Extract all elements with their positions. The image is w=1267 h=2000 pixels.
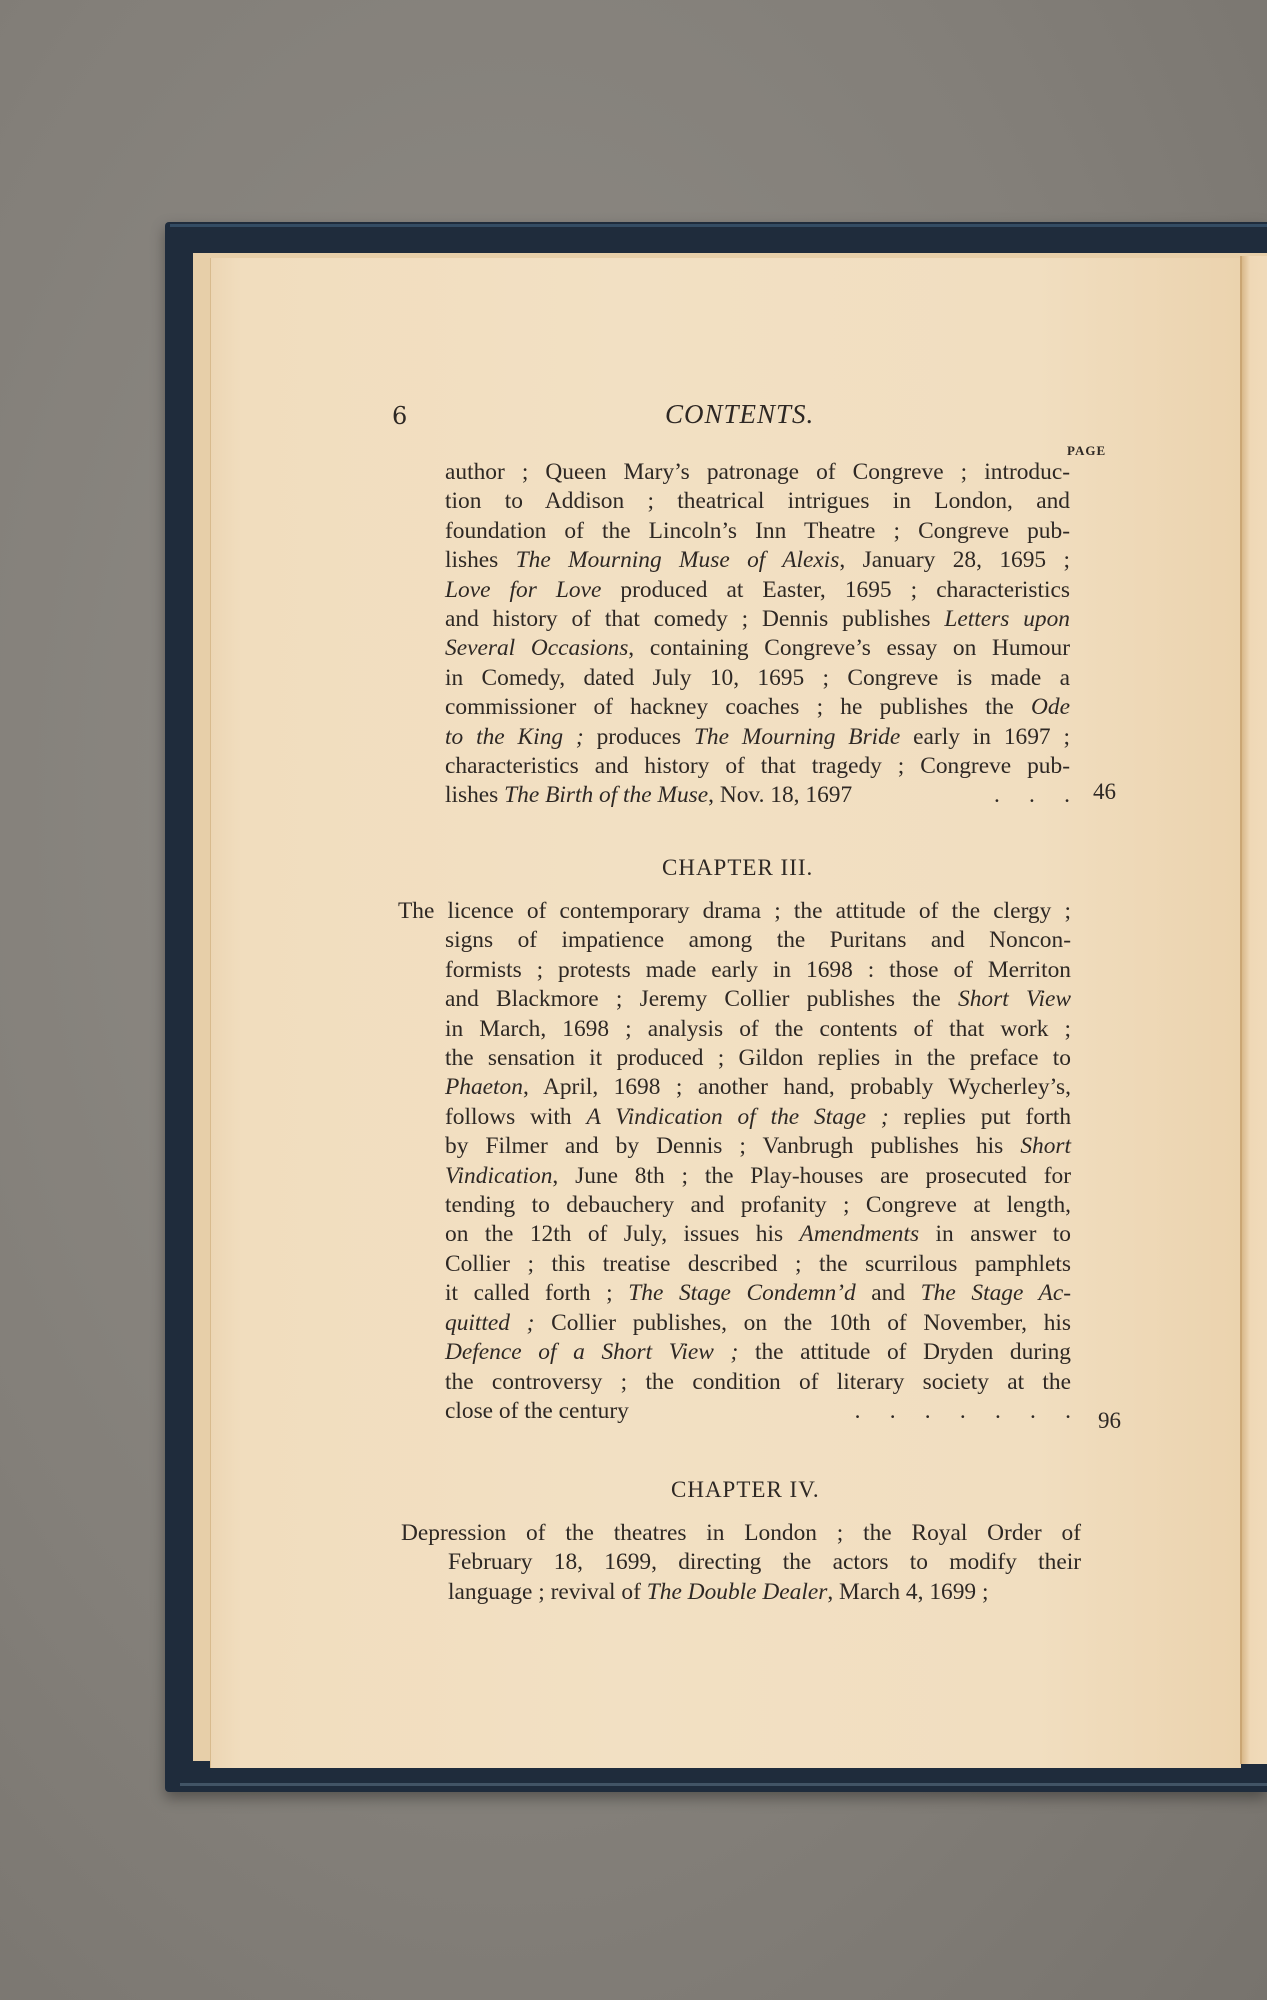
entry-line: by Filmer and by Dennis ; Vanbrugh publi… [398, 1132, 1071, 1161]
entry-line: and history of that comedy ; Dennis publ… [445, 605, 1070, 634]
dot-leader: . . . [994, 781, 1070, 810]
entry-line: author ; Queen Mary’s patronage of Congr… [445, 458, 1070, 487]
next-page-edge [1240, 256, 1267, 1764]
entry-line: The licence of contemporary drama ; the … [398, 897, 1071, 926]
entry-line: Vindication, June 8th ; the Play-houses … [398, 1162, 1071, 1191]
entry-line: it called forth ; The Stage Condemn’d an… [398, 1279, 1071, 1308]
entry-line: language ; revival of The Double Dealer,… [401, 1578, 1081, 1607]
entry-line: and Blackmore ; Jeremy Collier publishes… [398, 985, 1071, 1014]
entry-line: in March, 1698 ; analysis of the content… [398, 1015, 1071, 1044]
entry-line: Several Occasions, containing Congreve’s… [445, 634, 1070, 663]
entry-line: Depression of the theatres in London ; t… [401, 1519, 1081, 1548]
entry-line: commissioner of hackney coaches ; he pub… [445, 693, 1070, 722]
entry-line: lishes The Birth of the Muse, Nov. 18, 1… [445, 781, 1070, 810]
entry-line: the sensation it produced ; Gildon repli… [398, 1044, 1071, 1073]
page-ref-46: 46 [1093, 779, 1116, 805]
entry-line: Collier ; this treatise described ; the … [398, 1250, 1071, 1279]
entry-line: quitted ; Collier publishes, on the 10th… [398, 1309, 1071, 1338]
entry-line: close of the century. . . . . . . [398, 1397, 1071, 1426]
entry-line: tending to debauchery and profanity ; Co… [398, 1191, 1071, 1220]
entry-line: tion to Addison ; theatrical intrigues i… [445, 487, 1070, 516]
entry-line: Defence of a Short View ; the attitude o… [398, 1338, 1071, 1367]
chapter-heading-iii: CHAPTER III. [662, 855, 813, 881]
entry-line: Phaeton, April, 1698 ; another hand, pro… [398, 1073, 1071, 1102]
cover-edge-top [170, 224, 1267, 227]
entry-line: February 18, 1699, directing the actors … [401, 1548, 1081, 1577]
entry-line: foundation of the Lincoln’s Inn Theatre … [445, 517, 1070, 546]
contents-entry-chapter-ii-continued: author ; Queen Mary’s patronage of Congr… [445, 458, 1070, 811]
entry-line: formists ; protests made early in 1698 :… [398, 956, 1071, 985]
entry-line: the controversy ; the condition of liter… [398, 1368, 1071, 1397]
entry-line: on the 12th of July, issues his Amendmen… [398, 1220, 1071, 1249]
entry-line: signs of impatience among the Puritans a… [398, 926, 1071, 955]
chapter-heading-iv: CHAPTER IV. [671, 1477, 820, 1503]
contents-entry-chapter-iii: The licence of contemporary drama ; the … [398, 897, 1071, 1426]
page-number: 6 [392, 402, 407, 431]
entry-line: Love for Love produced at Easter, 1695 ;… [445, 576, 1070, 605]
running-head: CONTENTS. [665, 400, 814, 429]
dot-leader: . . . . . . . [855, 1397, 1071, 1426]
page-column-label: PAGE [1067, 436, 1106, 465]
entry-line: to the King ; produces The Mourning Brid… [445, 723, 1070, 752]
contents-entry-chapter-iv: Depression of the theatres in London ; t… [401, 1519, 1081, 1607]
cover-edge-bottom [180, 1783, 1267, 1786]
entry-line: in Comedy, dated July 10, 1695 ; Congrev… [445, 664, 1070, 693]
entry-line: characteristics and history of that trag… [445, 752, 1070, 781]
page-ref-96: 96 [1098, 1408, 1121, 1434]
entry-line: lishes The Mourning Muse of Alexis, Janu… [445, 546, 1070, 575]
entry-line: follows with A Vindication of the Stage … [398, 1103, 1071, 1132]
